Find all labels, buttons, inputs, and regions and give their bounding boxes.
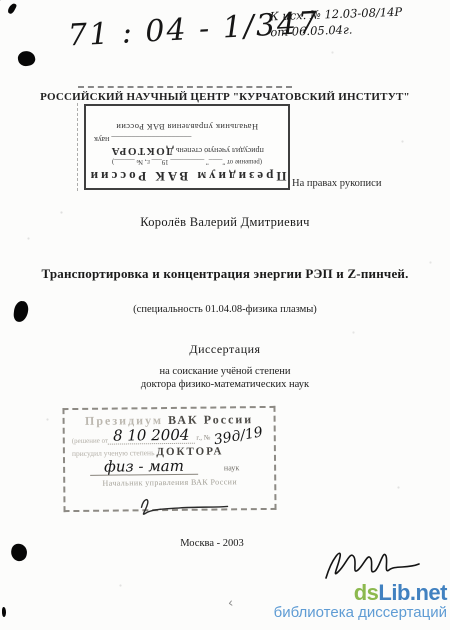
- stamp-presidium-line: Президиум ВАК России: [86, 168, 288, 184]
- ink-blob: [7, 2, 17, 15]
- vak-approval-stamp-filled: Президиум ВАК России (решение от 8 10 20…: [62, 406, 276, 512]
- paper-noise: [0, 0, 1, 1]
- stamp2-vak-rossii: ВАК России: [168, 412, 253, 427]
- stamp2-handwritten-field: физ - мат: [90, 458, 198, 476]
- stamp2-handwritten-number: 39д/19: [213, 425, 264, 447]
- stamp-outer-border-top: [78, 86, 292, 88]
- stamp2-signature: [127, 494, 237, 517]
- stamp2-nauk-word: наук: [224, 463, 239, 472]
- stamp2-decision-line: (решение от 8 10 2004 г., № 39д/19: [72, 427, 267, 445]
- stamp-nauk-line: ____________________ наук: [86, 135, 288, 144]
- vak-approval-stamp-inverted: Президиум ВАК России (решение от "____" …: [84, 104, 290, 190]
- degree-line-2: доктора физико-математических наук: [0, 379, 450, 390]
- stamp-outer-border-left: [77, 103, 78, 191]
- degree-line-1: на соискание учёной степени: [0, 366, 450, 377]
- stamp2-chief-line: Начальник управления ВАК России: [72, 477, 267, 488]
- pencil-mark: ‹: [227, 596, 234, 612]
- dslib-logo-ds: ds: [354, 580, 379, 605]
- registration-note-line2: от 06.05.04г.: [270, 20, 403, 41]
- document-type: Диссертация: [0, 342, 450, 357]
- stamp-awarded-line: присудил ученую степень ДОКТОРА: [86, 145, 288, 157]
- ink-blob: [2, 607, 6, 617]
- author-name: Королёв Валерий Дмитриевич: [0, 215, 450, 230]
- stamp2-field-line: физ - мат наук: [72, 457, 267, 476]
- stamp-degree-word: ДОКТОРА: [110, 145, 174, 157]
- stamp2-handwritten-date: 8 10 2004: [108, 428, 195, 445]
- specialty-line: (специальность 01.04.08-физика плазмы): [0, 304, 450, 315]
- ink-blob: [17, 49, 37, 67]
- stamp2-decision-mid: г., №: [196, 434, 210, 442]
- registration-note-handwritten: К исх. № 12.03-08/14Р от 06.05.04г.: [269, 4, 402, 41]
- dslib-watermark: dsLib.net библиотека диссертаций: [274, 582, 447, 621]
- dslib-subtitle: библиотека диссертаций: [274, 604, 447, 621]
- institution-name: РОССИЙСКИЙ НАУЧНЫЙ ЦЕНТР "КУРЧАТОВСКИЙ И…: [0, 91, 450, 103]
- dslib-logo: dsLib.net: [274, 582, 447, 604]
- stamp-awarded-prefix: присудил ученую степень: [176, 146, 264, 155]
- stamp-decision-line: (решение от "____" __________ 19___ г., …: [86, 158, 288, 165]
- stamp2-decision-prefix: (решение от: [72, 437, 108, 445]
- manuscript-rights-note: На правах рукописи: [292, 178, 381, 189]
- scanned-dissertation-title-page: 71 : 04 - 1/347 К исх. № 12.03-08/14Р от…: [0, 0, 450, 630]
- dslib-logo-libnet: Lib.net: [378, 580, 447, 605]
- dissertation-title: Транспортировка и концентрация энергии Р…: [0, 266, 450, 282]
- stamp-chief-line: Начальник управления ВАК России: [86, 122, 288, 132]
